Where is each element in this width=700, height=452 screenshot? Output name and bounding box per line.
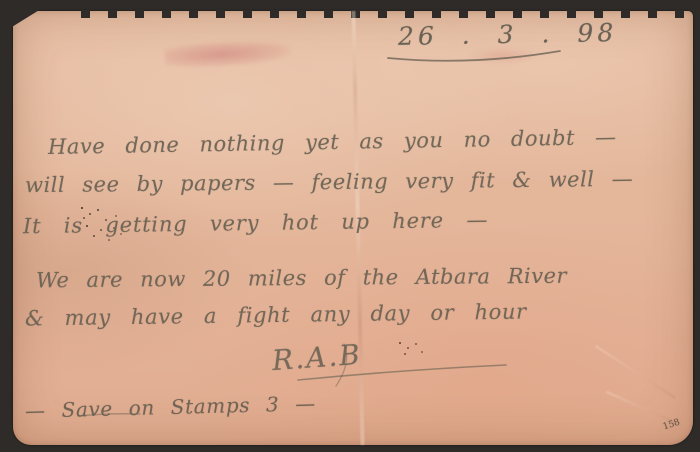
ink-speckles	[75, 203, 77, 205]
handwritten-date: 26 . 3 . 98	[398, 18, 618, 51]
perforated-edge	[81, 10, 693, 18]
ink-speckles	[395, 339, 397, 341]
postmark-smudge	[468, 49, 538, 63]
signature-initials: R.A.B	[271, 338, 363, 377]
photo-background: 26 . 3 . 98 Have done nothing yet as you…	[0, 0, 700, 452]
message-line-4: We are now 20 miles of the Atbara River	[36, 264, 567, 293]
corner-crease	[606, 391, 675, 423]
postmark-smudge	[164, 39, 290, 70]
